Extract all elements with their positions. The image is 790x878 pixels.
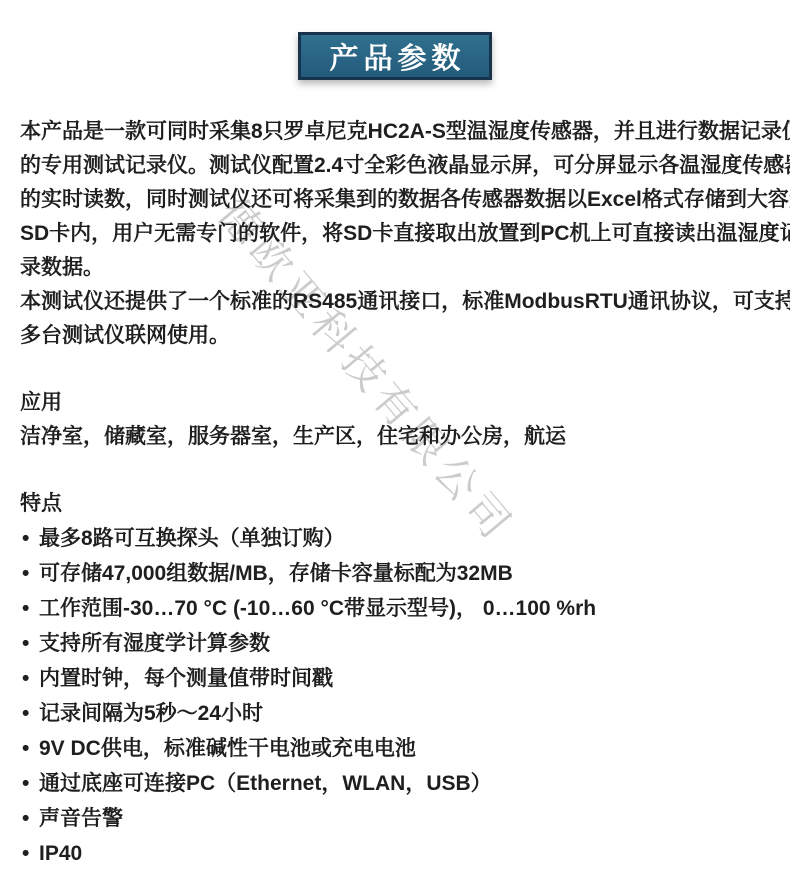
feature-item: 9V DC供电，标准碱性干电池或充电电池 [20, 731, 772, 766]
intro-line: 的专用测试记录仪。测试仪配置2.4寸全彩色液晶显示屏，可分屏显示各温湿度传感器 [20, 149, 772, 183]
product-params-badge-label: 产品参数 [324, 36, 465, 77]
feature-item: 内置时钟，每个测量值带时间戳 [20, 661, 772, 696]
features-heading: 特点 [20, 487, 772, 521]
product-description-content: 本产品是一款可同时采集8只罗卓尼克HC2A-S型温湿度传感器，并且进行数据记录仪… [0, 115, 790, 871]
feature-item: 声音告警 [20, 801, 772, 836]
product-parameters-page: 产品参数 德欧亚科技有限公司 本产品是一款可同时采集8只罗卓尼克HC2A-S型温… [0, 0, 790, 878]
intro-line: SD卡内，用户无需专门的软件，将SD卡直接取出放置到PC机上可直接读出温湿度记 [20, 217, 772, 251]
intro-paragraph: 本产品是一款可同时采集8只罗卓尼克HC2A-S型温湿度传感器，并且进行数据记录仪… [20, 115, 772, 353]
feature-item: 记录间隔为5秒～24小时 [20, 696, 772, 731]
intro-line: 录数据。 [20, 251, 772, 285]
feature-list: 最多8路可互换探头（单独订购） 可存储47,000组数据/MB，存储卡容量标配为… [20, 521, 772, 871]
intro-line: 多台测试仪联网使用。 [20, 319, 772, 353]
feature-item: 可存储47,000组数据/MB，存储卡容量标配为32MB [20, 556, 772, 591]
intro-line: 的实时读数，同时测试仪还可将采集到的数据各传感器数据以Excel格式存储到大容量 [20, 183, 772, 217]
feature-item: 最多8路可互换探头（单独订购） [20, 521, 772, 556]
applications-line: 洁净室，储藏室，服务器室，生产区，住宅和办公房，航运 [20, 420, 772, 454]
feature-item: 支持所有湿度学计算参数 [20, 626, 772, 661]
product-params-badge: 产品参数 [298, 32, 492, 80]
feature-item: 工作范围-30…70 °C (-10…60 °C带显示型号)， 0…100 %r… [20, 591, 772, 626]
intro-line: 本测试仪还提供了一个标准的RS485通讯接口，标准ModbusRTU通讯协议，可… [20, 285, 772, 319]
feature-item: 通过底座可连接PC（Ethernet，WLAN，USB） [20, 766, 772, 801]
feature-item: IP40 [20, 836, 772, 871]
applications-heading: 应用 [20, 386, 772, 420]
intro-line: 本产品是一款可同时采集8只罗卓尼克HC2A-S型温湿度传感器，并且进行数据记录仪 [20, 115, 772, 149]
